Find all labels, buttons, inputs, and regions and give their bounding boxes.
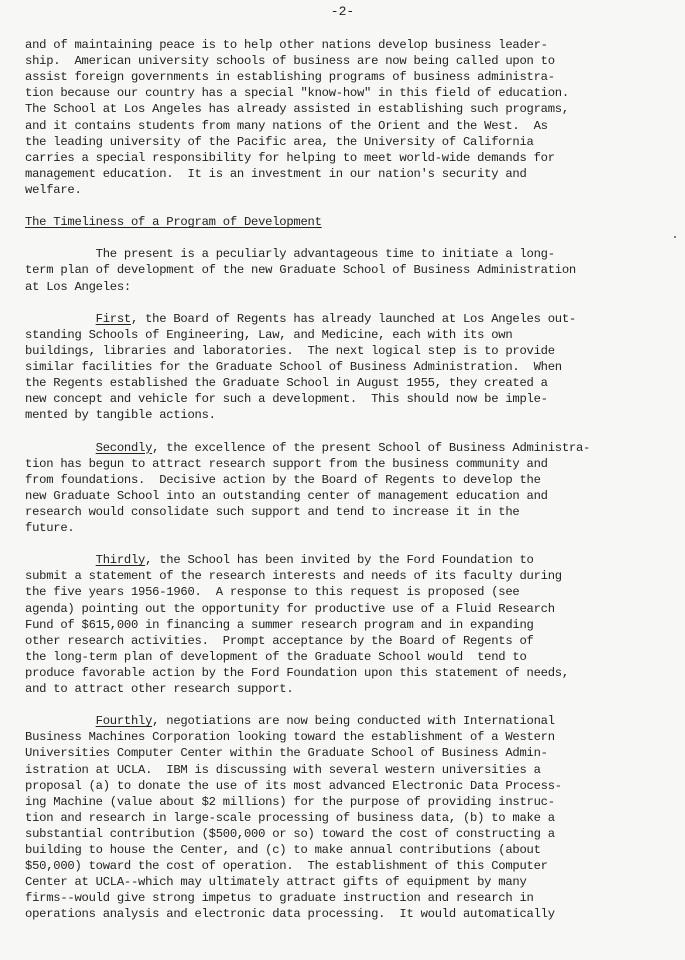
text-line: Fund of $615,000 in financing a summer r… <box>25 617 534 633</box>
text-line: and it contains students from many natio… <box>25 118 548 134</box>
text-line: and of maintaining peace is to help othe… <box>25 37 548 53</box>
text-line: ship. American university schools of bus… <box>25 53 555 69</box>
text-line: from foundations. Decisive action by the… <box>25 472 541 488</box>
text-line: istration at UCLA. IBM is discussing wit… <box>25 762 541 778</box>
text-line: the five years 1956-1960. A response to … <box>25 584 519 600</box>
text-line: standing Schools of Engineering, Law, an… <box>25 327 512 343</box>
text-line: produce favorable action by the Ford Fou… <box>25 665 569 681</box>
text-line: Center at UCLA--which may ultimately att… <box>25 874 527 890</box>
text-line: submit a statement of the research inter… <box>25 568 562 584</box>
text-line: term plan of development of the new Grad… <box>25 262 576 278</box>
paragraph-lead: Fourthly <box>96 714 153 728</box>
text-line: Business Machines Corporation looking to… <box>25 729 555 745</box>
text-line: tion has begun to attract research suppo… <box>25 456 548 472</box>
text-line: The School at Los Angeles has already as… <box>25 101 569 117</box>
paragraph-lead: Thirdly <box>96 553 145 567</box>
text-line: assist foreign governments in establishi… <box>25 69 555 85</box>
page-number: -2- <box>0 4 685 20</box>
text-line: similar facilities for the Graduate Scho… <box>25 359 562 375</box>
text-line: the leading university of the Pacific ar… <box>25 134 534 150</box>
text-line: Universities Computer Center within the … <box>25 745 548 761</box>
scan-speck <box>674 236 676 238</box>
text-line: First, the Board of Regents has already … <box>25 311 576 327</box>
text-line: Secondly, the excellence of the present … <box>25 440 590 456</box>
text-line: Thirdly, the School has been invited by … <box>25 552 534 568</box>
text-line: management education. It is an investmen… <box>25 166 527 182</box>
paragraph-lead: First <box>96 312 131 326</box>
text-line: new Graduate School into an outstanding … <box>25 488 548 504</box>
text-line: future. <box>25 520 74 536</box>
text-line: welfare. <box>25 182 82 198</box>
paragraph-lead: Secondly <box>96 441 153 455</box>
text-line: carries a special responsibility for hel… <box>25 150 555 166</box>
text-line: operations analysis and electronic data … <box>25 906 555 922</box>
text-line: and to attract other research support. <box>25 681 293 697</box>
text-line: other research activities. Prompt accept… <box>25 633 534 649</box>
section-heading: The Timeliness of a Program of Developme… <box>25 214 322 230</box>
text-line: buildings, libraries and laboratories. T… <box>25 343 555 359</box>
text-line: agenda) pointing out the opportunity for… <box>25 601 555 617</box>
text-line: proposal (a) to donate the use of its mo… <box>25 778 562 794</box>
text-line: at Los Angeles: <box>25 279 131 295</box>
text-line: ing Machine (value about $2 millions) fo… <box>25 794 555 810</box>
text-line: research would consolidate such support … <box>25 504 519 520</box>
text-line: Fourthly, negotiations are now being con… <box>25 713 555 729</box>
text-line: the long-term plan of development of the… <box>25 649 527 665</box>
text-line: new concept and vehicle for such a devel… <box>25 391 548 407</box>
text-line: The present is a peculiarly advantageous… <box>25 246 555 262</box>
text-line: the Regents established the Graduate Sch… <box>25 375 548 391</box>
text-line: firms--would give strong impetus to grad… <box>25 890 534 906</box>
text-line: mented by tangible actions. <box>25 407 216 423</box>
text-line: $50,000) toward the cost of operation. T… <box>25 858 548 874</box>
text-line: substantial contribution ($500,000 or so… <box>25 826 555 842</box>
text-line: tion because our country has a special "… <box>25 85 569 101</box>
text-line: building to house the Center, and (c) to… <box>25 842 541 858</box>
text-line: tion and research in large-scale process… <box>25 810 555 826</box>
